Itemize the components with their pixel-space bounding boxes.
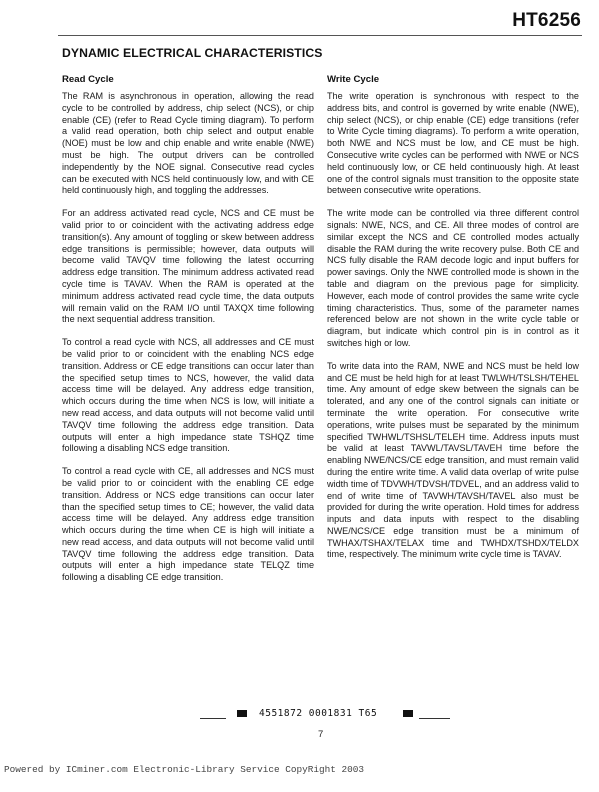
barcode-block-left	[237, 710, 247, 717]
barcode-dash-left	[200, 718, 226, 719]
header-rule	[58, 35, 582, 36]
write-cycle-column: Write Cycle The write operation is synch…	[327, 74, 579, 572]
footer-credit: Powered by ICminer.com Electronic-Librar…	[4, 764, 364, 775]
barcode-block-right	[403, 710, 413, 717]
read-cycle-paragraph: To control a read cycle with NCS, all ad…	[62, 337, 314, 455]
barcode-line: 4551872 0001831 T65	[200, 708, 450, 722]
read-cycle-column: Read Cycle The RAM is asynchronous in op…	[62, 74, 314, 595]
write-cycle-paragraph: To write data into the RAM, NWE and NCS …	[327, 361, 579, 562]
part-number-title: HT6256	[512, 10, 581, 32]
page-number: 7	[318, 729, 323, 740]
barcode-dash-right	[419, 718, 450, 719]
write-cycle-heading: Write Cycle	[327, 74, 579, 85]
read-cycle-heading: Read Cycle	[62, 74, 314, 85]
write-cycle-paragraph: The write operation is synchronous with …	[327, 91, 579, 197]
read-cycle-paragraph: To control a read cycle with CE, all add…	[62, 466, 314, 584]
barcode-code: 4551872 0001831 T65	[259, 708, 377, 719]
read-cycle-paragraph: The RAM is asynchronous in operation, al…	[62, 91, 314, 197]
read-cycle-paragraph: For an address activated read cycle, NCS…	[62, 208, 314, 326]
section-title: DYNAMIC ELECTRICAL CHARACTERISTICS	[62, 46, 322, 60]
write-cycle-paragraph: The write mode can be controlled via thr…	[327, 208, 579, 350]
